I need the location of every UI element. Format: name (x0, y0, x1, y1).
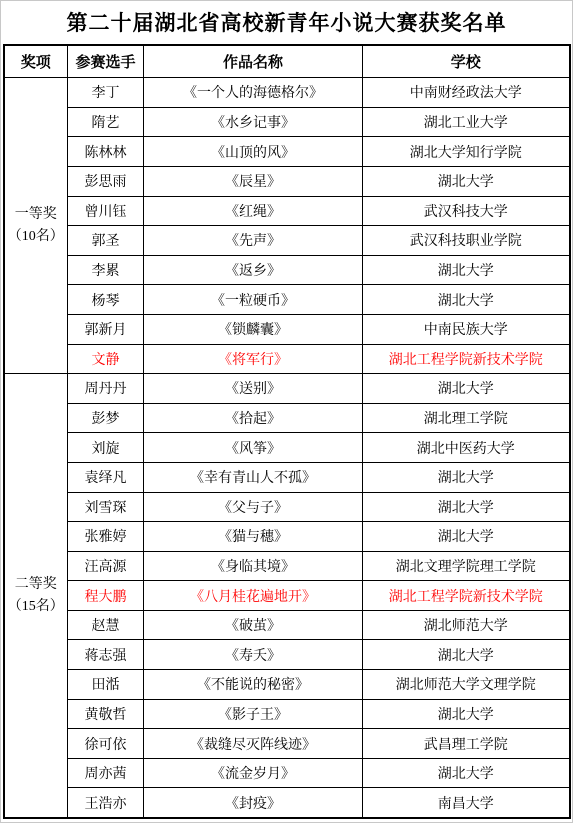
school-cell: 湖北大学 (363, 492, 570, 522)
table-row: 杨琴《一粒硬币》湖北大学 (4, 285, 570, 315)
school-cell: 中南民族大学 (363, 314, 570, 344)
work-title-cell: 《一粒硬币》 (144, 285, 363, 315)
work-title-cell: 《送别》 (144, 374, 363, 404)
school-cell: 湖北师范大学文理学院 (363, 670, 570, 700)
work-title-cell: 《八月桂花遍地开》 (144, 581, 363, 611)
work-title-cell: 《影子王》 (144, 699, 363, 729)
contestant-name-cell: 彭梦 (68, 403, 144, 433)
work-title-cell: 《父与子》 (144, 492, 363, 522)
school-cell: 湖北大学 (363, 285, 570, 315)
work-title-cell: 《猫与穗》 (144, 522, 363, 552)
school-cell: 南昌大学 (363, 788, 570, 818)
column-header-contestant: 参赛选手 (68, 45, 144, 78)
table-row: 汪高源《身临其境》湖北文理学院理工学院 (4, 551, 570, 581)
page-title: 第二十届湖北省高校新青年小说大赛获奖名单 (1, 1, 572, 44)
school-cell: 武汉科技大学 (363, 196, 570, 226)
work-title-cell: 《身临其境》 (144, 551, 363, 581)
work-title-cell: 《幸有青山人不孤》 (144, 462, 363, 492)
award-count: （10名） (7, 226, 66, 248)
table-row: 周亦茜《流金岁月》湖北大学 (4, 758, 570, 788)
work-title-cell: 《流金岁月》 (144, 758, 363, 788)
contestant-name-cell: 汪高源 (68, 551, 144, 581)
work-title-cell: 《寿夭》 (144, 640, 363, 670)
table-row: 刘雪琛《父与子》湖北大学 (4, 492, 570, 522)
school-cell: 武汉科技职业学院 (363, 226, 570, 256)
table-row: 黄敬哲《影子王》湖北大学 (4, 699, 570, 729)
contestant-name-cell: 彭思雨 (68, 166, 144, 196)
work-title-cell: 《先声》 (144, 226, 363, 256)
contestant-name-cell: 李累 (68, 255, 144, 285)
school-cell: 湖北大学知行学院 (363, 137, 570, 167)
school-cell: 湖北中医药大学 (363, 433, 570, 463)
contestant-name-cell: 蒋志强 (68, 640, 144, 670)
work-title-cell: 《红绳》 (144, 196, 363, 226)
school-cell: 湖北大学 (363, 640, 570, 670)
school-cell: 湖北理工学院 (363, 403, 570, 433)
table-row: 李累《返乡》湖北大学 (4, 255, 570, 285)
table-row: 彭思雨《辰星》湖北大学 (4, 166, 570, 196)
table-row: 郭圣《先声》武汉科技职业学院 (4, 226, 570, 256)
work-title-cell: 《返乡》 (144, 255, 363, 285)
school-cell: 湖北大学 (363, 462, 570, 492)
school-cell: 湖北大学 (363, 522, 570, 552)
table-row: 刘旋《风筝》湖北中医药大学 (4, 433, 570, 463)
contestant-name-cell: 刘旋 (68, 433, 144, 463)
work-title-cell: 《水乡记事》 (144, 107, 363, 137)
work-title-cell: 《拾起》 (144, 403, 363, 433)
work-title-cell: 《一个人的海德格尔》 (144, 78, 363, 108)
award-label: 二等奖 (7, 574, 66, 596)
school-cell: 湖北大学 (363, 374, 570, 404)
work-title-cell: 《辰星》 (144, 166, 363, 196)
column-header-award: 奖项 (4, 45, 68, 78)
contestant-name-cell: 陈林林 (68, 137, 144, 167)
contestant-name-cell: 周丹丹 (68, 374, 144, 404)
award-cell: 二等奖（15名） (4, 374, 68, 818)
contestant-name-cell: 程大鹏 (68, 581, 144, 611)
school-cell: 湖北工程学院新技术学院 (363, 344, 570, 374)
work-title-cell: 《锁麟囊》 (144, 314, 363, 344)
table-row: 郭新月《锁麟囊》中南民族大学 (4, 314, 570, 344)
school-cell: 湖北工程学院新技术学院 (363, 581, 570, 611)
table-row: 徐可依《裁缝尽灭阵线迹》武昌理工学院 (4, 729, 570, 759)
award-count: （15名） (7, 596, 66, 618)
column-header-work-title: 作品名称 (144, 45, 363, 78)
column-header-school: 学校 (363, 45, 570, 78)
contestant-name-cell: 郭圣 (68, 226, 144, 256)
table-row: 赵慧《破茧》湖北师范大学 (4, 610, 570, 640)
table-row: 二等奖（15名）周丹丹《送别》湖北大学 (4, 374, 570, 404)
document-page: 第二十届湖北省高校新青年小说大赛获奖名单 奖项 参赛选手 作品名称 学校 一等奖… (0, 0, 573, 823)
contestant-name-cell: 文静 (68, 344, 144, 374)
contestant-name-cell: 王浩亦 (68, 788, 144, 818)
table-row: 王浩亦《封疫》南昌大学 (4, 788, 570, 818)
award-label: 一等奖 (7, 204, 66, 226)
contestant-name-cell: 赵慧 (68, 610, 144, 640)
work-title-cell: 《破茧》 (144, 610, 363, 640)
school-cell: 湖北大学 (363, 255, 570, 285)
school-cell: 中南财经政法大学 (363, 78, 570, 108)
school-cell: 湖北师范大学 (363, 610, 570, 640)
work-title-cell: 《将军行》 (144, 344, 363, 374)
contestant-name-cell: 隋艺 (68, 107, 144, 137)
work-title-cell: 《裁缝尽灭阵线迹》 (144, 729, 363, 759)
contestant-name-cell: 郭新月 (68, 314, 144, 344)
contestant-name-cell: 徐可依 (68, 729, 144, 759)
work-title-cell: 《不能说的秘密》 (144, 670, 363, 700)
contestant-name-cell: 袁绎凡 (68, 462, 144, 492)
school-cell: 湖北文理学院理工学院 (363, 551, 570, 581)
school-cell: 武昌理工学院 (363, 729, 570, 759)
school-cell: 湖北大学 (363, 699, 570, 729)
school-cell: 湖北大学 (363, 758, 570, 788)
table-row: 田湉《不能说的秘密》湖北师范大学文理学院 (4, 670, 570, 700)
table-row: 一等奖（10名）李丁《一个人的海德格尔》中南财经政法大学 (4, 78, 570, 108)
contestant-name-cell: 刘雪琛 (68, 492, 144, 522)
contestant-name-cell: 杨琴 (68, 285, 144, 315)
school-cell: 湖北工业大学 (363, 107, 570, 137)
table-row: 文静《将军行》湖北工程学院新技术学院 (4, 344, 570, 374)
table-row: 曾川钰《红绳》武汉科技大学 (4, 196, 570, 226)
table-row: 陈林林《山顶的风》湖北大学知行学院 (4, 137, 570, 167)
contestant-name-cell: 曾川钰 (68, 196, 144, 226)
table-row: 袁绎凡《幸有青山人不孤》湖北大学 (4, 462, 570, 492)
table-row: 张雅婷《猫与穗》湖北大学 (4, 522, 570, 552)
work-title-cell: 《山顶的风》 (144, 137, 363, 167)
work-title-cell: 《风筝》 (144, 433, 363, 463)
table-row: 程大鹏《八月桂花遍地开》湖北工程学院新技术学院 (4, 581, 570, 611)
table-row: 蒋志强《寿夭》湖北大学 (4, 640, 570, 670)
school-cell: 湖北大学 (363, 166, 570, 196)
contestant-name-cell: 李丁 (68, 78, 144, 108)
award-table: 奖项 参赛选手 作品名称 学校 一等奖（10名）李丁《一个人的海德格尔》中南财经… (3, 44, 571, 819)
header-row: 奖项 参赛选手 作品名称 学校 (4, 45, 570, 78)
table-body: 一等奖（10名）李丁《一个人的海德格尔》中南财经政法大学隋艺《水乡记事》湖北工业… (4, 78, 570, 818)
work-title-cell: 《封疫》 (144, 788, 363, 818)
contestant-name-cell: 黄敬哲 (68, 699, 144, 729)
contestant-name-cell: 田湉 (68, 670, 144, 700)
contestant-name-cell: 张雅婷 (68, 522, 144, 552)
table-row: 彭梦《拾起》湖北理工学院 (4, 403, 570, 433)
table-row: 隋艺《水乡记事》湖北工业大学 (4, 107, 570, 137)
contestant-name-cell: 周亦茜 (68, 758, 144, 788)
award-cell: 一等奖（10名） (4, 78, 68, 374)
